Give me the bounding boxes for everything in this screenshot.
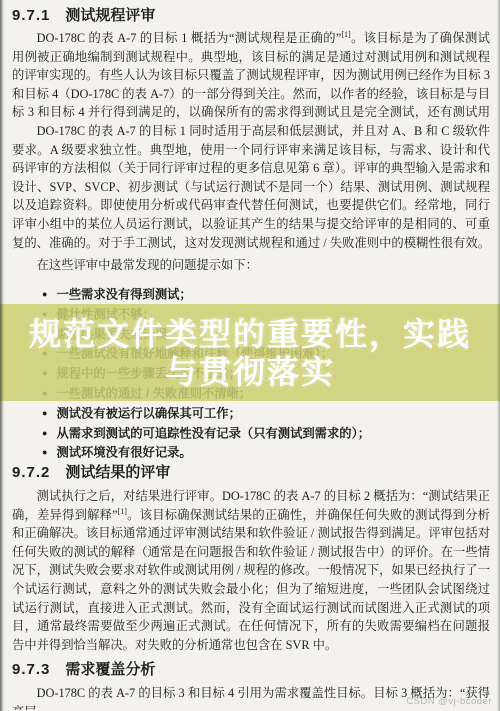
- paragraph: 测试执行之后，对结果进行评审。DO-178C 的表 A-7 的目标 2 概括为：…: [12, 487, 490, 654]
- section-heading-9-7-3: 9.7.3 需求覆盖分析: [12, 661, 490, 679]
- list-item: ●健壮性测试不够；: [42, 305, 490, 325]
- issue-list: ●一些需求没有得到测试； ●健壮性测试不够； ●期望结果丢失或错误； ●一些测试…: [12, 285, 490, 463]
- bullet-icon: ●: [42, 325, 47, 344]
- bullet-icon: ●: [42, 424, 47, 443]
- list-item-text: 健壮性测试不够；: [56, 307, 154, 321]
- list-item: ●一些需求没有得到测试；: [42, 285, 490, 305]
- footnote-ref: [1]: [341, 30, 350, 39]
- paragraph-text: DO-178C 的表 A-7 的目标 1 概括为“测试规程是正确的”: [37, 31, 342, 45]
- list-item-text: 一些测试的通过 / 失败准则不清晰；: [56, 386, 251, 400]
- section-title: 测试结果的评审: [65, 464, 170, 482]
- paragraph: DO-178C 的表 A-7 的目标 1 同时适用于高层和低层测试，并且对 A、…: [12, 122, 490, 253]
- list-item: ●测试环境没有很好记录。: [42, 443, 490, 463]
- bullet-icon: ●: [42, 305, 47, 324]
- list-item-text: 一些需求没有得到测试；: [56, 288, 191, 302]
- list-item-text: 规程中的一些步骤丢失或不正确；: [56, 367, 240, 381]
- section-number: 9.7.2: [12, 464, 50, 482]
- bullet-icon: ●: [42, 364, 47, 383]
- section-number: 9.7.3: [12, 661, 50, 679]
- section-title: 测试规程评审: [65, 7, 155, 25]
- footnote-ref: [1]: [118, 507, 127, 516]
- bullet-icon: ●: [42, 344, 47, 363]
- bullet-icon: ●: [42, 384, 47, 403]
- section-number: 9.7.1: [12, 7, 50, 25]
- page-left-edge: [0, 0, 4, 711]
- csdn-watermark: CSDN @vj-bcoder: [406, 696, 492, 707]
- paragraph: DO-178C 的表 A-7 的目标 1 概括为“测试规程是正确的”[1]。该目…: [12, 29, 490, 123]
- list-item: ●一些测试没有很好地解释和注释（使得维护困难）；: [42, 344, 490, 364]
- bullet-icon: ●: [42, 404, 47, 423]
- list-item-text: 从需求到测试的可追踪性没有记录（只有测试到需求的）；: [56, 426, 370, 440]
- paragraph: 在这些评审中最常发现的问题提示如下：: [12, 256, 490, 275]
- book-page: 9.7.1 测试规程评审 DO-178C 的表 A-7 的目标 1 概括为“测试…: [0, 0, 500, 711]
- list-item-text: 测试没有被运行以确保其可工作；: [56, 406, 240, 420]
- list-item: ●测试没有被运行以确保其可工作；: [42, 404, 490, 424]
- list-item: ●从需求到测试的可追踪性没有记录（只有测试到需求的）；: [42, 424, 490, 444]
- bullet-icon: ●: [42, 285, 47, 304]
- list-item: ●期望结果丢失或错误；: [42, 325, 490, 345]
- list-item: ●一些测试的通过 / 失败准则不清晰；: [42, 384, 490, 404]
- list-item-text: 一些测试没有很好地解释和注释（使得维护困难）；: [56, 347, 333, 361]
- list-item-text: 测试环境没有很好记录。: [56, 446, 191, 460]
- list-item: ●规程中的一些步骤丢失或不正确；: [42, 364, 490, 384]
- list-item-text: 期望结果丢失或错误；: [56, 327, 179, 341]
- bullet-icon: ●: [42, 443, 47, 462]
- paragraph-text: 。该目标确保测试结果的正确性，并确保任何失败的测试得到分析和正确解决。该目标通常…: [12, 508, 490, 652]
- section-title: 需求覆盖分析: [65, 661, 155, 679]
- section-heading-9-7-2: 9.7.2 测试结果的评审: [12, 464, 490, 482]
- section-heading-9-7-1: 9.7.1 测试规程评审: [12, 7, 490, 25]
